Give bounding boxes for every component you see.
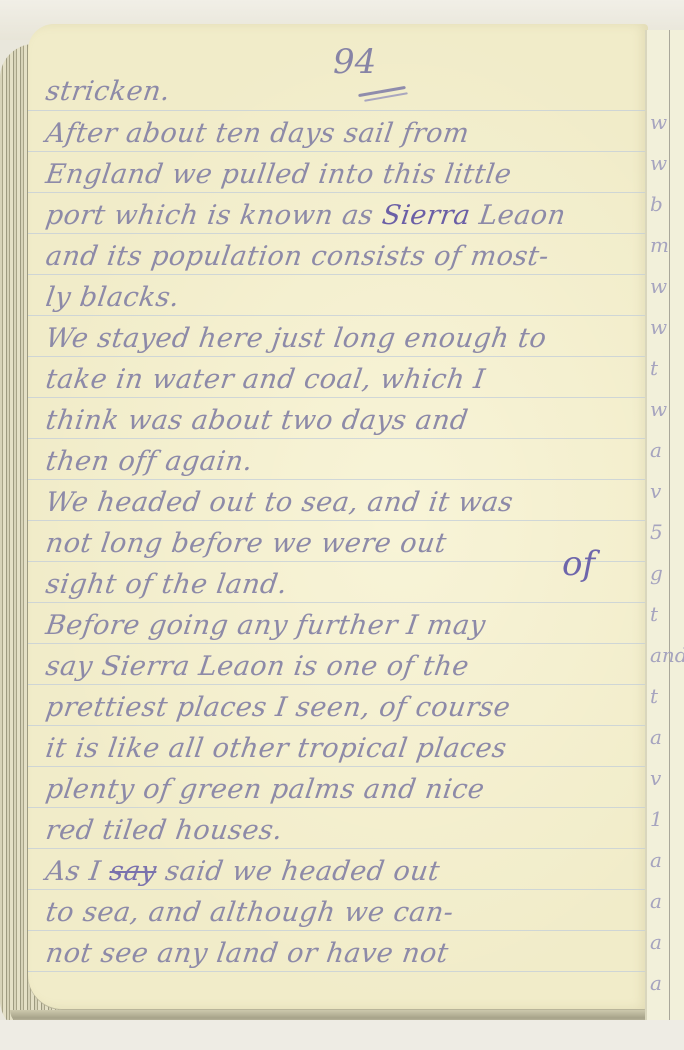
text-line-9: think was about two days and — [44, 405, 470, 436]
text-line-4: port which is known as Sierra Leaon — [44, 200, 568, 231]
text-line-17: it is like all other tropical places — [44, 733, 509, 764]
next-page-edge: wwbmwwtwav5gtandtav1aaaa — [645, 30, 684, 1030]
text-line-14: Before going any further I may — [44, 610, 488, 641]
text-line-22: not see any land or have not — [44, 938, 451, 969]
rule-line — [28, 110, 648, 111]
rule-line — [28, 397, 648, 398]
next-page-fragment: b — [650, 192, 663, 216]
next-page-fragment: and — [650, 643, 684, 667]
rule-line — [28, 356, 648, 357]
text-line-7: We stayed here just long enough to — [44, 323, 549, 354]
rule-line — [28, 192, 648, 193]
next-page-fragment: v — [650, 766, 661, 790]
next-page-fragment: a — [650, 438, 662, 462]
next-page-fragment: a — [650, 930, 662, 954]
rule-line — [28, 233, 648, 234]
text-line-11: We headed out to sea, and it was — [44, 487, 515, 518]
rule-line — [28, 971, 648, 972]
next-page-fragment: m — [650, 233, 669, 257]
rule-line — [28, 561, 648, 562]
next-page-fragment: w — [650, 151, 667, 175]
text-line-2: After about ten days sail from — [44, 118, 472, 149]
rule-line — [28, 520, 648, 521]
text-line-16: prettiest places I seen, of course — [44, 692, 513, 723]
rule-line — [28, 479, 648, 480]
text-line-1: stricken. — [44, 76, 173, 107]
text-line-8: take in water and coal, which I — [44, 364, 487, 395]
next-page-fragment: w — [650, 315, 667, 339]
rule-line — [28, 725, 648, 726]
notebook-page: 94 stricken. After about ten days sail f… — [28, 24, 648, 1009]
text-line-6: ly blacks. — [44, 282, 182, 313]
next-page-fragment: a — [650, 971, 662, 995]
next-page-fragment: a — [650, 848, 662, 872]
next-page-fragment: g — [650, 561, 663, 585]
rule-line — [28, 438, 648, 439]
next-page-fragment: v — [650, 479, 661, 503]
text-line-3: England we pulled into this little — [44, 159, 514, 190]
text-line-19: red tiled houses. — [44, 815, 285, 846]
next-page-fragment: 5 — [650, 520, 663, 544]
text-line-21: to sea, and although we can- — [44, 897, 456, 928]
struck-word: say — [108, 856, 159, 887]
sierra-ink-word: Sierra — [380, 200, 472, 231]
rule-line — [28, 684, 648, 685]
rule-line — [28, 643, 648, 644]
text-line-5: and its population consists of most- — [44, 241, 551, 272]
next-page-fragment: w — [650, 274, 667, 298]
inserted-word-of: of — [562, 544, 595, 584]
next-page-fragment: a — [650, 725, 662, 749]
rule-line — [28, 889, 648, 890]
background-bottom — [0, 1020, 684, 1050]
next-page-fragment: t — [650, 356, 658, 380]
rule-line — [28, 848, 648, 849]
next-page-fragment: a — [650, 889, 662, 913]
rule-line — [28, 930, 648, 931]
page-divider — [669, 30, 670, 1030]
text-line-12: not long before we were out — [44, 528, 449, 559]
text-line-15: say Sierra Leaon is one of the — [44, 651, 471, 682]
next-page-fragment: t — [650, 684, 658, 708]
next-page-fragment: t — [650, 602, 658, 626]
text-line-18: plenty of green palms and nice — [44, 774, 487, 805]
rule-line — [28, 151, 648, 152]
rule-line — [28, 766, 648, 767]
next-page-fragment: w — [650, 397, 667, 421]
next-page-fragment: w — [650, 110, 667, 134]
rule-line — [28, 274, 648, 275]
rule-line — [28, 315, 648, 316]
rule-line — [28, 602, 648, 603]
text-line-10: then off again. — [44, 446, 255, 477]
rule-line — [28, 807, 648, 808]
text-line-13: sight of the land. — [44, 569, 290, 600]
page-number: 94 — [333, 42, 376, 82]
text-line-20: As I say said we headed out — [44, 856, 442, 887]
next-page-fragment: 1 — [650, 807, 663, 831]
